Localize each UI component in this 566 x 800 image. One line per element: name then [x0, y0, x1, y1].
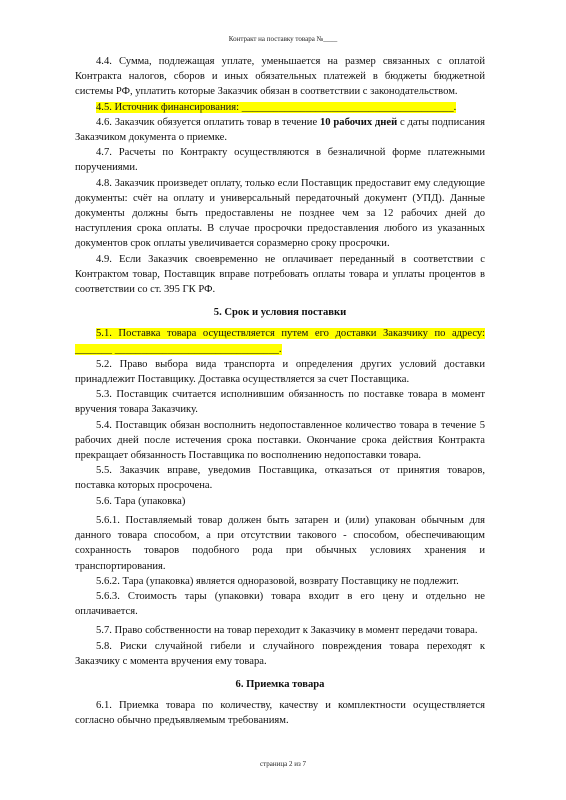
- highlighted-field-delivery-address: 5.1. Поставка товара осуществляется путе…: [75, 328, 485, 354]
- clause-4-5: 4.5. Источник финансирования: __________…: [75, 100, 485, 115]
- page-number: страница 2 из 7: [0, 760, 566, 768]
- clause-5-2: 5.2. Право выбора вида транспорта и опре…: [75, 357, 485, 387]
- clause-4-6-text-a: 4.6. Заказчик обязуется оплатить товар в…: [96, 117, 320, 128]
- clause-5-5: 5.5. Заказчик вправе, уведомив Поставщик…: [75, 463, 485, 493]
- page-header: Контракт на поставку товара №____: [0, 35, 566, 43]
- clause-5-1: 5.1. Поставка товара осуществляется путе…: [75, 326, 485, 356]
- clause-5-3: 5.3. Поставщик считается исполнившим обя…: [75, 387, 485, 417]
- clause-4-9: 4.9. Если Заказчик своевременно не оплач…: [75, 252, 485, 298]
- clause-4-4: 4.4. Сумма, подлежащая уплате, уменьшает…: [75, 54, 485, 100]
- clause-5-6-1: 5.6.1. Поставляемый товар должен быть за…: [75, 513, 485, 574]
- highlighted-field-financing-source: 4.5. Источник финансирования: __________…: [96, 102, 456, 113]
- document-body: 4.4. Сумма, подлежащая уплате, уменьшает…: [75, 54, 485, 729]
- clause-5-4: 5.4. Поставщик обязан восполнить недопос…: [75, 418, 485, 464]
- section-heading-5: 5. Срок и условия поставки: [75, 305, 485, 320]
- clause-4-7: 4.7. Расчеты по Контракту осуществляются…: [75, 145, 485, 175]
- clause-6-1: 6.1. Приемка товара по количеству, качес…: [75, 698, 485, 728]
- clause-4-6: 4.6. Заказчик обязуется оплатить товар в…: [75, 115, 485, 145]
- clause-4-6-bold-term: 10 рабочих дней: [320, 117, 397, 128]
- clause-5-6: 5.6. Тара (упаковка): [75, 494, 485, 509]
- clause-5-6-2: 5.6.2. Тара (упаковка) является одноразо…: [75, 574, 485, 589]
- clause-5-6-3: 5.6.3. Стоимость тары (упаковки) товара …: [75, 589, 485, 619]
- clause-4-8: 4.8. Заказчик произведет оплату, только …: [75, 176, 485, 252]
- section-heading-6: 6. Приемка товара: [75, 677, 485, 692]
- clause-5-7: 5.7. Право собственности на товар перехо…: [75, 623, 485, 638]
- clause-5-8: 5.8. Риски случайной гибели и случайного…: [75, 639, 485, 669]
